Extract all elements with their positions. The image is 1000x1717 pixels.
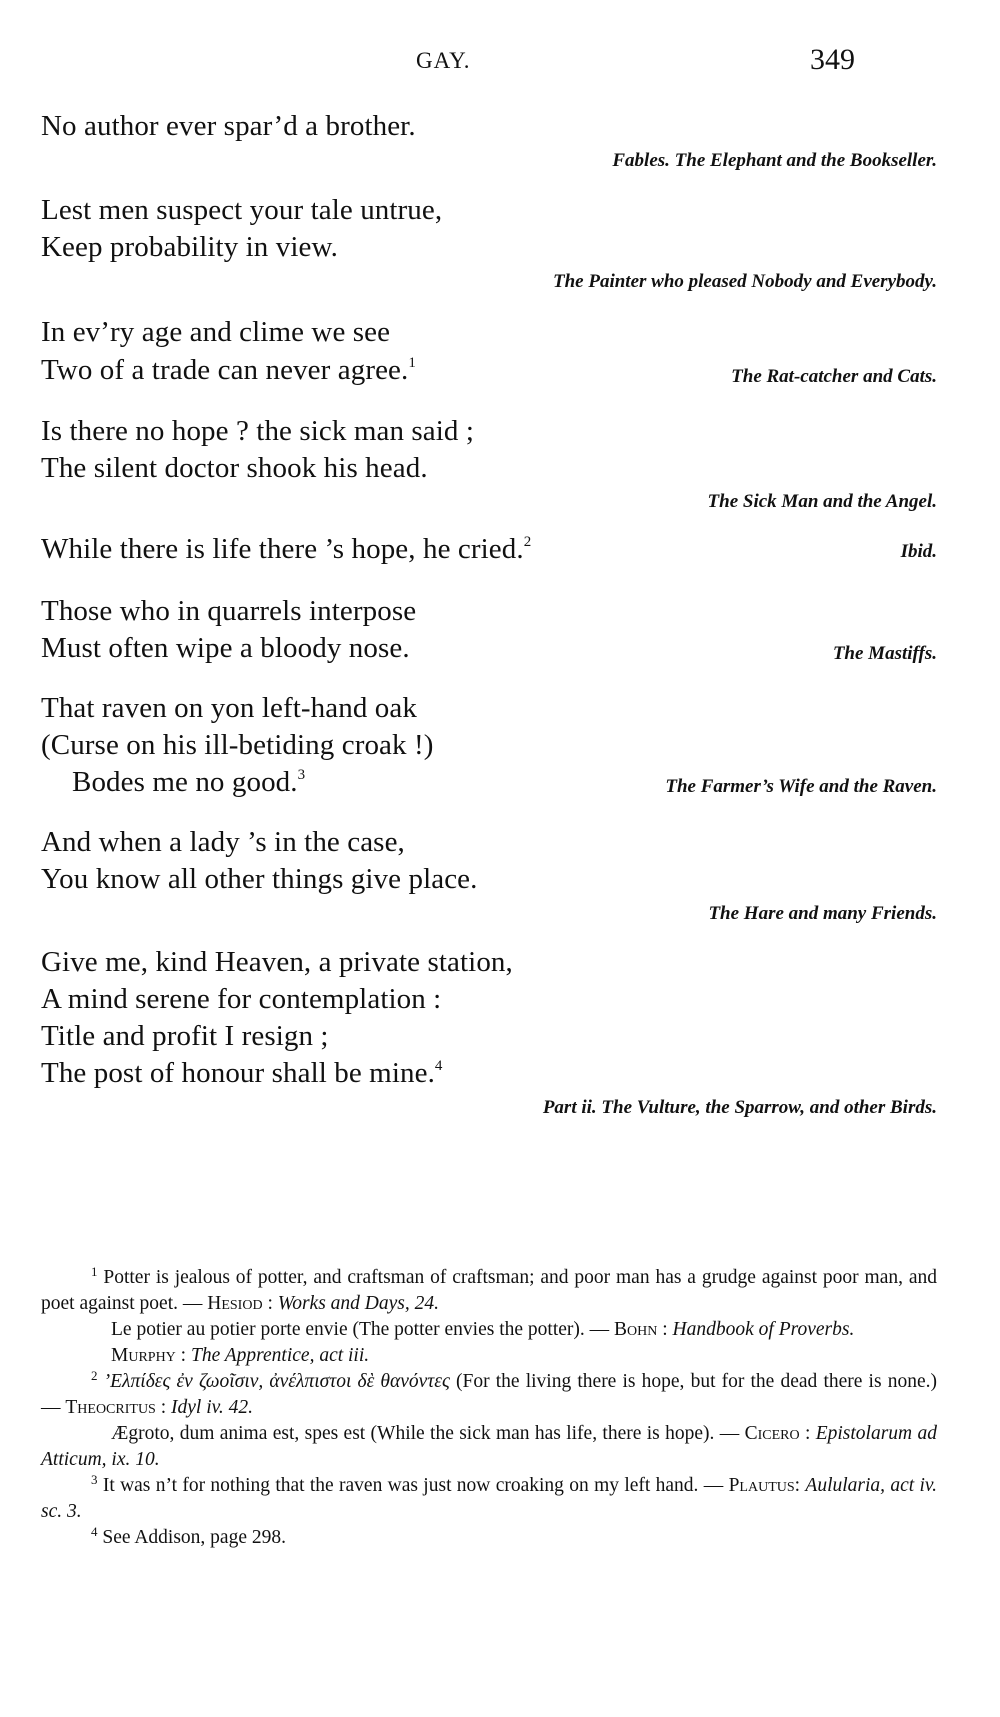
footnote-author: Plautus <box>729 1475 795 1496</box>
footnote-work: The Apprentice, act iii. <box>191 1345 369 1366</box>
verse-line: While there is life there ’s hope, he cr… <box>41 533 531 566</box>
footnote-text: Ægroto, dum anima est, spes est (While t… <box>111 1423 745 1444</box>
page-number: 349 <box>810 43 855 77</box>
quote-source: Ibid. <box>901 541 937 563</box>
quote-source: The Mastiffs. <box>833 643 937 665</box>
footnote-number: 2 <box>91 1368 98 1383</box>
footnote-text: Le potier au potier porte envie (The pot… <box>111 1319 614 1340</box>
footnote-ref: 3 <box>298 767 306 783</box>
footnote-ref: 2 <box>524 534 532 550</box>
footnote-author: Murphy <box>111 1345 176 1366</box>
footnote-number: 4 <box>91 1524 98 1539</box>
footnote-2-para-2: Ægroto, dum anima est, spes est (While t… <box>41 1421 937 1473</box>
footnote-work: Handbook of Proverbs. <box>673 1319 855 1340</box>
verse-line: Lest men suspect your tale untrue, <box>41 194 442 227</box>
verse-line: (Curse on his ill-betiding croak !) <box>41 729 434 762</box>
footnote-work: Idyl iv. 42. <box>171 1397 253 1418</box>
verse-line: Two of a trade can never agree.1 <box>41 354 416 387</box>
footnote-author: Bohn <box>614 1319 657 1340</box>
verse-line: Title and profit I resign ; <box>41 1020 329 1053</box>
footnote-author: Theocritus <box>65 1397 155 1418</box>
separator: : <box>795 1475 806 1496</box>
separator: : <box>800 1423 816 1444</box>
verse-line: You know all other things give place. <box>41 863 478 896</box>
footnote-1-para-3: Murphy : The Apprentice, act iii. <box>41 1343 937 1369</box>
verse-line: Must often wipe a bloody nose. <box>41 632 410 665</box>
footnote-text: Potter is jealous of potter, and craftsm… <box>41 1267 937 1314</box>
verse-text: Two of a trade can never agree. <box>41 354 408 386</box>
running-title: GAY. <box>416 48 471 74</box>
greek-quote: ’Ελπίδες ἐν ζωοῖσιν, ἀνέλπιστοι δὲ θανόν… <box>104 1371 450 1392</box>
footnote-3: 3 It was n’t for nothing that the raven … <box>41 1473 937 1525</box>
verse-line: A mind serene for contemplation : <box>41 983 441 1016</box>
footnote-text: See Addison, page 298. <box>102 1527 286 1548</box>
footnote-work: Works and Days, 24. <box>278 1293 439 1314</box>
quote-source: Fables. The Elephant and the Bookseller. <box>612 150 937 172</box>
footnote-author: Cicero <box>745 1423 800 1444</box>
verse-line: Bodes me no good.3 <box>72 766 305 799</box>
footnote-author: Hesiod <box>207 1293 262 1314</box>
quote-source: The Rat-catcher and Cats. <box>731 366 937 388</box>
verse-line: Those who in quarrels interpose <box>41 595 416 628</box>
verse-line: That raven on yon left-hand oak <box>41 692 417 725</box>
verse-text: The post of honour shall be mine. <box>41 1057 435 1089</box>
verse-line: The post of honour shall be mine.4 <box>41 1057 443 1090</box>
footnote-text: It was n’t for nothing that the raven wa… <box>103 1475 729 1496</box>
footnote-number: 1 <box>91 1264 98 1279</box>
verse-line: Keep probability in view. <box>41 231 338 264</box>
footnote-2: 2 ’Ελπίδες ἐν ζωοῖσιν, ἀνέλπιστοι δὲ θαν… <box>41 1369 937 1421</box>
footnote-number: 3 <box>91 1472 98 1487</box>
verse-line: In ev’ry age and clime we see <box>41 316 390 349</box>
footnote-ref: 4 <box>435 1058 443 1074</box>
separator: : <box>657 1319 672 1340</box>
quote-source: The Hare and many Friends. <box>708 903 937 925</box>
verse-line: Is there no hope ? the sick man said ; <box>41 415 474 448</box>
verse-text: Bodes me no good. <box>72 766 298 798</box>
separator: : <box>263 1293 278 1314</box>
quote-source: The Painter who pleased Nobody and Every… <box>553 271 937 293</box>
footnote-1: 1 Potter is jealous of potter, and craft… <box>41 1265 937 1317</box>
quote-source: The Farmer’s Wife and the Raven. <box>665 776 937 798</box>
verse-line: No author ever spar’d a brother. <box>41 110 416 143</box>
verse-line: The silent doctor shook his head. <box>41 452 428 485</box>
verse-line: Give me, kind Heaven, a private station, <box>41 946 513 979</box>
footnote-ref: 1 <box>408 355 416 371</box>
quote-source: Part ii. The Vulture, the Sparrow, and o… <box>543 1097 937 1119</box>
footnote-1-para-2: Le potier au potier porte envie (The pot… <box>41 1317 937 1343</box>
verse-line: And when a lady ’s in the case, <box>41 826 405 859</box>
separator: : <box>156 1397 171 1418</box>
verse-text: While there is life there ’s hope, he cr… <box>41 533 524 565</box>
separator: : <box>176 1345 191 1366</box>
footnote-4: 4 See Addison, page 298. <box>41 1525 937 1551</box>
footnotes: 1 Potter is jealous of potter, and craft… <box>41 1265 937 1551</box>
quote-source: The Sick Man and the Angel. <box>708 491 937 513</box>
